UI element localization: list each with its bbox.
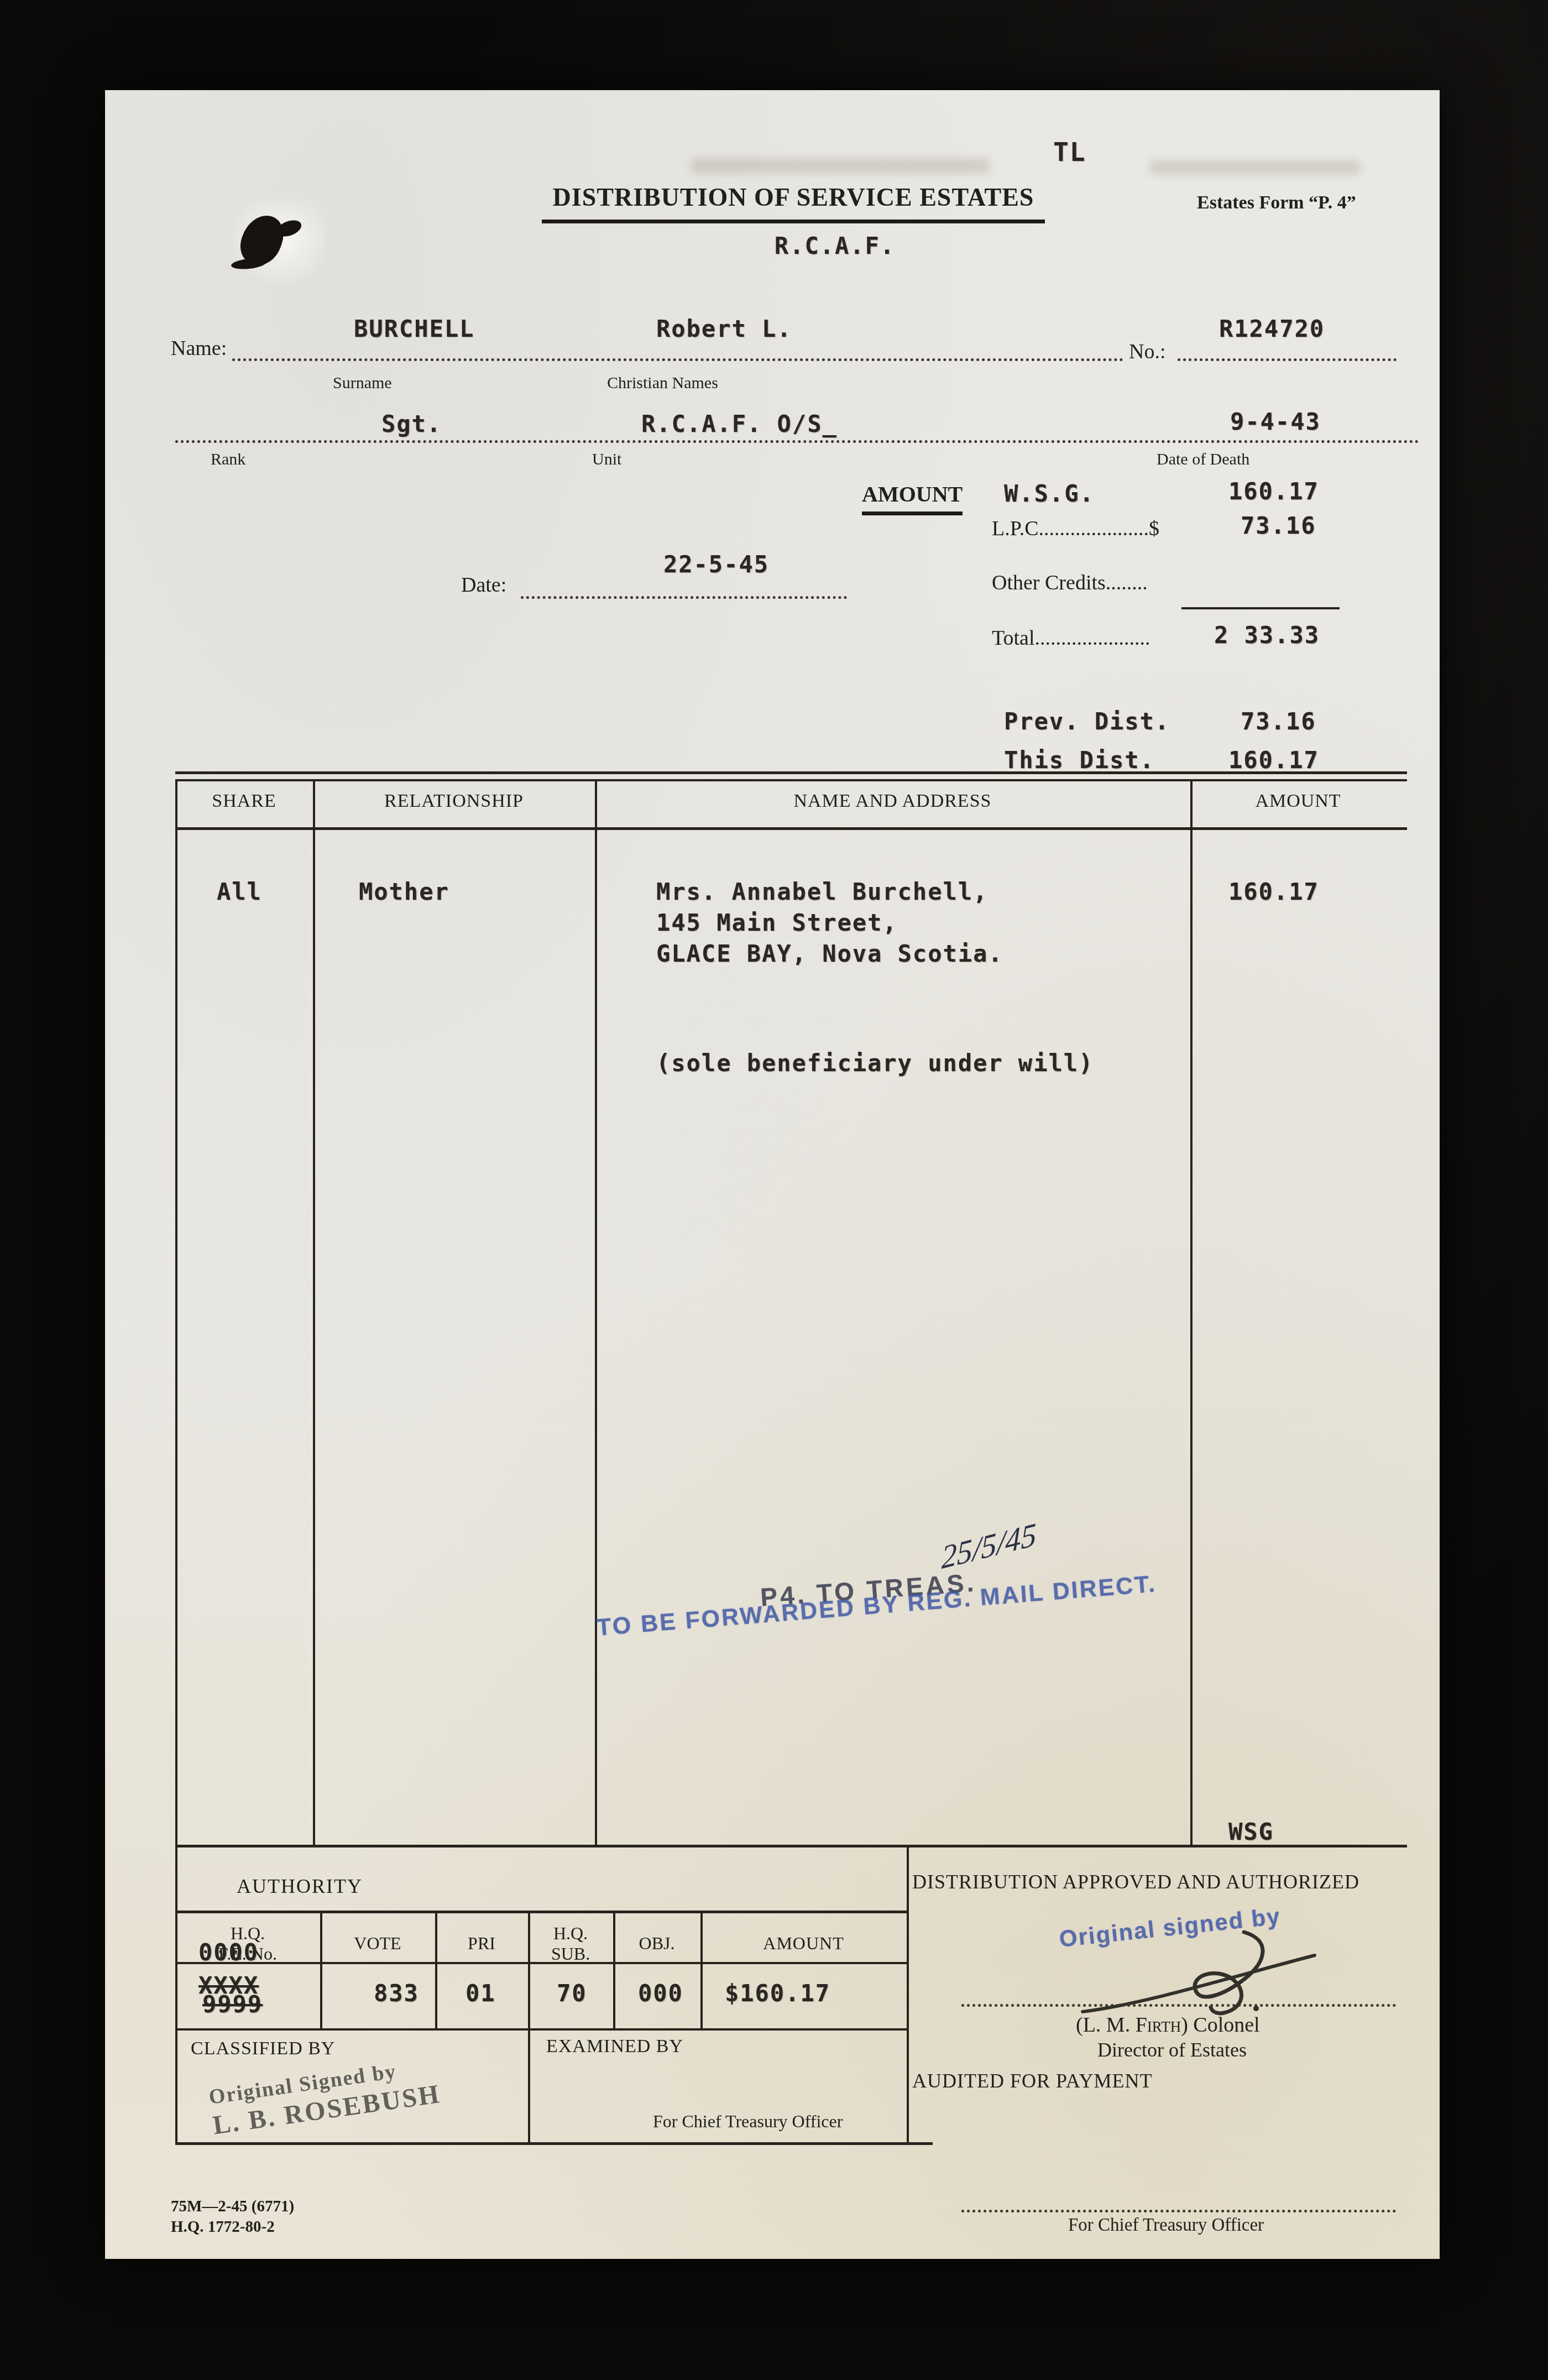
corner-mark: TL (1053, 137, 1086, 167)
total-label: Total...................... (992, 626, 1150, 650)
total-value: 2 33.33 (1214, 622, 1320, 649)
rank-unit-rule (175, 440, 1419, 443)
sum-rule (1181, 607, 1340, 609)
table-left-border (175, 779, 177, 1847)
prev-dist-value: 73.16 (1241, 708, 1316, 735)
table-bottom-rule (175, 1845, 1407, 1847)
examined-by-caption: For Chief Treasury Officer (653, 2111, 843, 2132)
this-dist-label: This Dist. (1004, 747, 1155, 774)
signer-name: (L. M. Firth) (1076, 2013, 1188, 2037)
date-rule (521, 596, 847, 599)
classified-by-label: CLASSIFIED BY (191, 2038, 335, 2059)
header-amount: AMOUNT (1190, 791, 1406, 812)
authority-col-divider (613, 1913, 615, 2029)
christian-names-value: Robert L. (656, 315, 792, 342)
authority-col-divider (320, 1913, 322, 2029)
date-label: Date: (461, 573, 506, 597)
form-ref: Estates Form “P. 4” (1197, 192, 1356, 213)
table-top-rule-1 (175, 771, 1407, 774)
this-dist-value: 160.17 (1228, 747, 1319, 774)
ghost-smudge (691, 158, 990, 174)
signature-rule (961, 2004, 1396, 2007)
footer-sign-caption: For Chief Treasury Officer (1068, 2215, 1264, 2236)
authority-col-divider (700, 1913, 703, 2029)
col-pri-header: PRI (435, 1933, 528, 1954)
header-share: SHARE (175, 791, 313, 812)
form-subtitle: R.C.A.F. (608, 232, 1061, 259)
hq-fe-value-3: 9999 (202, 1991, 263, 2018)
rank-value: Sgt. (381, 410, 442, 437)
table-col-divider (1190, 779, 1193, 1847)
table-top-rule-2 (175, 779, 1407, 781)
row-address-line: 145 Main Street, (656, 909, 898, 936)
hq-fe-value-1: 0000 (198, 1939, 259, 1966)
service-no-value: R124720 (1219, 315, 1325, 342)
death-date-caption: Date of Death (1157, 450, 1249, 469)
audited-label: AUDITED FOR PAYMENT (912, 2069, 1152, 2092)
print-code-line1: 75M—2-45 (6771) (171, 2196, 294, 2217)
pri-value: 01 (466, 1980, 496, 2007)
name-rule (232, 358, 1123, 361)
ghost-smudge (1150, 160, 1360, 175)
lpc-label: L.P.C.....................$ (992, 516, 1159, 541)
print-code: 75M—2-45 (6771) H.Q. 1772-80-2 (171, 2196, 294, 2237)
other-credits-label: Other Credits........ (992, 571, 1148, 595)
wsg-label: W.S.G. (1004, 480, 1095, 507)
unit-value: R.C.A.F. O/S_ (641, 410, 838, 437)
examined-by-label: EXAMINED BY (546, 2036, 683, 2057)
table-header-rule (175, 827, 1407, 830)
col-obj-header: OBJ. (613, 1933, 700, 1954)
lpc-value: 73.16 (1241, 512, 1316, 539)
rank-caption: Rank (211, 450, 245, 469)
authority-heading: AUTHORITY (237, 1875, 363, 1898)
amount-heading: AMOUNT (862, 481, 963, 515)
surname-caption: Surname (333, 374, 392, 393)
name-label: Name: (171, 336, 227, 361)
authority-left-border (175, 1845, 177, 2144)
prev-dist-label: Prev. Dist. (1004, 708, 1170, 735)
authority-amount-value: $160.17 (725, 1980, 830, 2007)
signer-title: Director of Estates (1097, 2038, 1247, 2061)
service-no-label: No.: (1129, 340, 1166, 364)
print-code-line2: H.Q. 1772-80-2 (171, 2217, 294, 2237)
scanned-form-page: TL DISTRIBUTION OF SERVICE ESTATES Estat… (0, 0, 1548, 2380)
header-name-address: NAME AND ADDRESS (595, 791, 1190, 812)
col-amount-header: AMOUNT (700, 1933, 907, 1954)
row-address-line: Mrs. Annabel Burchell, (656, 878, 988, 905)
row-amount: 160.17 (1228, 878, 1319, 905)
col-sub-header: H.Q. SUB. (528, 1923, 613, 1964)
authority-header-rule (175, 1962, 909, 1964)
form-title: DISTRIBUTION OF SERVICE ESTATES (542, 182, 1045, 223)
table-col-divider (595, 779, 597, 1847)
authority-data-rule (175, 2028, 909, 2031)
header-relationship: RELATIONSHIP (313, 791, 595, 812)
row-share: All (217, 878, 262, 905)
row-relationship: Mother (359, 878, 449, 905)
row-address-line: GLACE BAY, Nova Scotia. (656, 940, 1003, 967)
table-col-divider (313, 779, 315, 1847)
surname-value: BURCHELL (354, 315, 474, 342)
approval-heading: DISTRIBUTION APPROVED AND AUTHORIZED (912, 1870, 1359, 1893)
col-sub-line1: H.Q. (528, 1923, 613, 1944)
signer-line: (L. M. Firth) Colonel (1076, 2013, 1260, 2037)
col-sub-line2: SUB. (528, 1944, 613, 1964)
death-date-value: 9-4-43 (1230, 408, 1321, 435)
unit-caption: Unit (592, 450, 621, 469)
wsg-value: 160.17 (1228, 478, 1319, 505)
authority-col-divider (435, 1913, 437, 2029)
row-note: (sole beneficiary under will) (656, 1050, 1094, 1077)
signer-rank: Colonel (1193, 2013, 1259, 2037)
col-vote-header: VOTE (320, 1933, 435, 1954)
hq-sub-value: 70 (557, 1980, 587, 2007)
classified-examined-divider (528, 2028, 530, 2144)
authority-bottom-rule (175, 2142, 933, 2145)
christian-names-caption: Christian Names (607, 374, 718, 393)
vote-value: 833 (374, 1980, 419, 2007)
date-value: 22-5-45 (663, 551, 769, 578)
authority-heading-rule (175, 1911, 909, 1913)
authority-right-border (907, 1845, 909, 2144)
clerk-initials: WSG (1228, 1818, 1274, 1845)
obj-value: 000 (638, 1980, 683, 2007)
footer-sign-rule (961, 2210, 1396, 2212)
no-rule (1178, 358, 1397, 361)
